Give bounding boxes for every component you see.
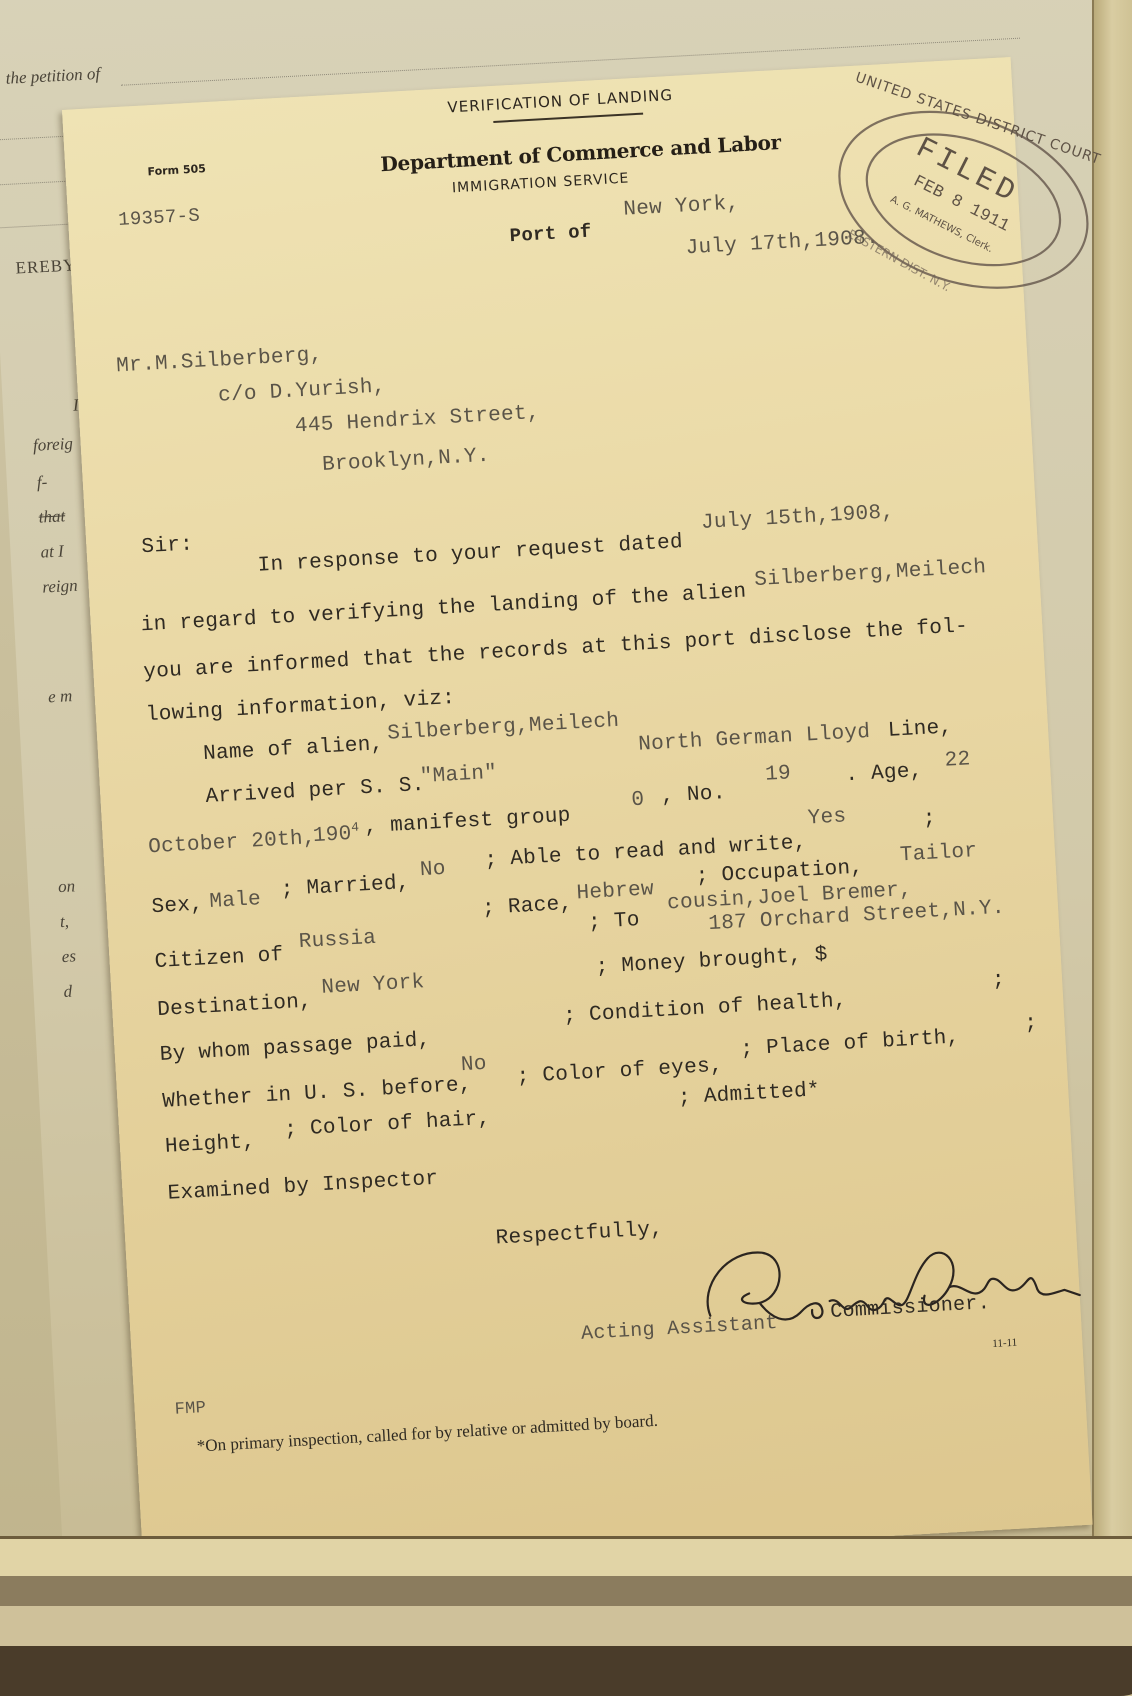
signature [686,1225,1092,1357]
page-edge [0,1606,1132,1646]
body-line-2: in regard to verifying the landing of th… [140,581,747,638]
page-edge [0,1576,1132,1606]
name-of-alien-label: Name of alien, [203,733,385,766]
height-label: Height, [164,1131,255,1159]
eyes-label: ; Color of eyes, [516,1055,723,1089]
document-photo: ORDER OF United States Attorney the peti… [0,0,1132,1696]
race-value: Hebrew [576,878,655,905]
underlying-fragment: EREBY [15,255,77,278]
underlying-fragment: reign [42,576,78,598]
underlying-fragment: e m [48,686,73,707]
money-label: ; Money brought, $ [595,944,828,980]
manifest-group-value: 0 [631,789,645,813]
arrival-year-suffix: 4 [351,820,360,835]
passage-label: By whom passage paid, [159,1029,431,1067]
underlying-fragment: d [63,982,73,1002]
prior-us-label: Whether in U. S. before, [162,1074,472,1114]
title-underline [493,113,643,123]
underlying-fragment: es [61,946,76,967]
page-edge [0,1536,1132,1579]
inspector-label: Examined by Inspector [167,1168,439,1206]
steamship-line: North German Lloyd [638,721,871,757]
alien-name-inline: Silberberg,Meilech [754,556,987,592]
citizen-value: Russia [298,927,377,954]
destination-label: Destination, [157,990,313,1022]
to-label: ; To [588,909,641,935]
underlying-petition-label: the petition of [5,64,100,89]
line-label: Line, [887,716,953,743]
arrival-year-prefix: 190 [312,823,352,848]
underlying-fragment: that [38,506,65,527]
addressee-city: Brooklyn,N.Y. [322,445,491,477]
service-name: IMMIGRATION SERVICE [452,170,630,196]
district-court-filed-stamp: UNITED STATES DISTRICT COURT FILED FEB 8… [823,92,1104,307]
destination-value: New York [321,971,425,1000]
port-value: New York, [623,192,740,221]
literacy-value: Yes [807,805,847,830]
underlying-fragment: foreig [32,434,73,456]
married-label: ; Married, [280,872,410,902]
handwritten-signature-icon [686,1225,1092,1357]
manifest-group-label: , manifest group [364,805,571,839]
arrival-date: October 20th, [148,827,317,859]
salutation: Sir: [141,533,194,559]
underlying-heading: ORDER OF [141,0,256,5]
file-number: 19357-S [118,204,201,231]
addressee-care-of: c/o D.Yurish, [218,375,387,407]
sex-value: Male [209,888,262,914]
citizen-label: Citizen of [154,944,284,974]
verification-of-landing-form: VERIFICATION OF LANDING Department of Co… [62,57,1093,1578]
arrived-label: Arrived per S. S. [205,774,425,809]
literacy-semicolon: ; [922,807,936,831]
footnote: *On primary inspection, called for by re… [196,1411,658,1457]
no-value: 19 [765,762,792,786]
department-name: Department of Commerce and Labor [380,130,781,176]
admitted-label: ; Admitted* [678,1079,821,1110]
birthplace-label: ; Place of birth, [740,1026,960,1061]
hair-label: ; Color of hair, [284,1108,491,1142]
health-semicolon: ; [991,969,1005,993]
underlying-fragment: at I [40,541,64,562]
age-label: . Age, [845,760,924,787]
birthplace-semicolon: ; [1024,1012,1038,1036]
underlying-fragment: on [58,876,76,897]
book-page-edges [0,1516,1132,1696]
arrival-year: 1904 [312,820,360,849]
name-of-alien-value: Silberberg,Meilech [387,710,620,746]
body-line-1: In response to your request dated [257,531,683,578]
addressee-name: Mr.M.Silberberg, [116,344,323,378]
page-edge [0,1646,1132,1696]
married-value: No [419,858,446,882]
request-date: July 15th,1908, [700,501,895,535]
prior-us-value: No [460,1053,487,1077]
underlying-fragment: t, [59,912,69,932]
respectfully: Respectfully, [495,1218,664,1250]
age-value: 22 [944,748,971,772]
typist-initials: FMP [174,1399,207,1420]
underlying-fragment: f- [36,472,47,493]
health-label: ; Condition of health, [563,990,848,1029]
addressee-street: 445 Hendrix Street, [294,402,540,439]
sex-label: Sex, [151,893,204,919]
print-code: 11-11 [992,1337,1017,1350]
form-number: Form 505 [147,162,206,178]
ship-name: "Main" [419,762,498,789]
port-label: Port of [509,221,592,248]
race-label: ; Race, [482,893,573,921]
occupation-value: Tailor [899,840,978,867]
no-label: , No. [661,782,727,809]
